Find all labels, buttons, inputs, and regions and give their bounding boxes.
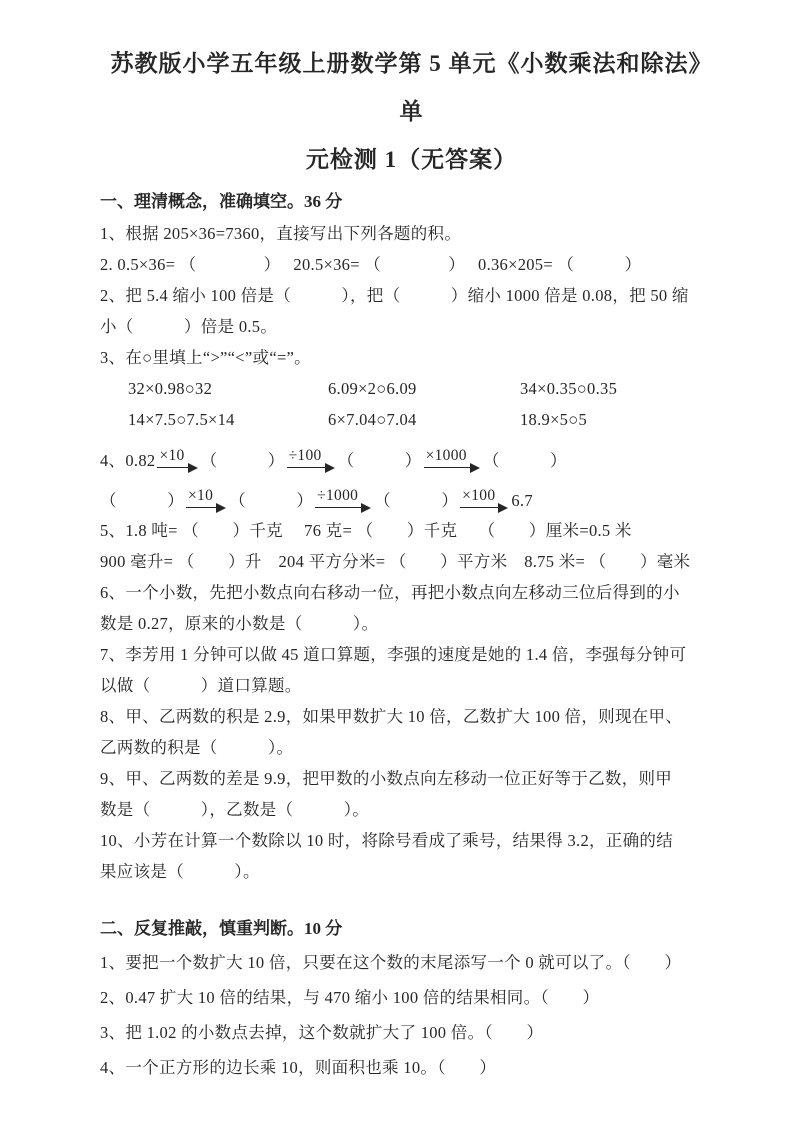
- q4-end-value: 6.7: [511, 491, 533, 511]
- q7-line1: 7、李芳用 1 分钟可以做 45 道口算题，李强的速度是她的 1.4 倍，李强每…: [100, 639, 723, 670]
- judge-item-2: 2、0.47 扩大 10 倍的结果，与 470 缩小 100 倍的结果相同。（ …: [100, 980, 723, 1015]
- judge-item-1: 1、要把一个数扩大 10 倍，只要在这个数的末尾添写一个 0 就可以了。（ ）: [100, 945, 723, 980]
- compare-item: 6×7.04○7.04: [328, 404, 520, 435]
- q3-compare-row-2: 14×7.5○7.5×14 6×7.04○7.04 18.9×5○5: [100, 404, 723, 435]
- page-title: 苏教版小学五年级上册数学第 5 单元《小数乘法和除法》单 元检测 1（无答案）: [100, 40, 723, 184]
- multiply-arrow: ×1000: [424, 451, 477, 474]
- q8-line1: 8、甲、乙两数的积是 2.9，如果甲数扩大 10 倍，乙数扩大 100 倍，则现…: [100, 701, 723, 732]
- judge-item-4: 4、一个正方形的边长乘 10，则面积也乘 10。（ ）: [100, 1050, 723, 1085]
- answer-blank: （ ）: [100, 487, 184, 511]
- compare-item: 14×7.5○7.5×14: [128, 404, 328, 435]
- arrow-label: ×10: [157, 447, 194, 468]
- answer-blank: （ ）: [201, 447, 285, 471]
- q9-line2: 数是（ ），乙数是（ ）。: [100, 794, 723, 825]
- q6-line2: 数是 0.27，原来的小数是（ ）。: [100, 608, 723, 639]
- section-fill-in-blanks: 一、理清概念，准确填空。36 分 1、根据 205×36=7360，直接写出下列…: [100, 186, 723, 887]
- answer-blank: （ ）: [483, 447, 567, 471]
- arrow-label: ×10: [186, 487, 223, 508]
- worksheet-page: 苏教版小学五年级上册数学第 5 单元《小数乘法和除法》单 元检测 1（无答案） …: [0, 0, 793, 1122]
- section-true-false: 二、反复推敲，慎重判断。10 分 1、要把一个数扩大 10 倍，只要在这个数的末…: [100, 913, 723, 1085]
- section2-heading: 二、反复推敲，慎重判断。10 分: [100, 913, 723, 945]
- q2-line1: 2、把 5.4 缩小 100 倍是（ ），把（ ）缩小 1000 倍是 0.08…: [100, 280, 723, 311]
- divide-arrow: ÷1000: [315, 491, 368, 514]
- q1-blanks-line: 2. 0.5×36= （ ） 20.5×36= （ ） 0.36×205= （ …: [100, 249, 723, 280]
- arrow-label: ×100: [460, 487, 505, 508]
- compare-item: 18.9×5○5: [520, 404, 587, 435]
- compare-item: 34×0.35○0.35: [520, 373, 617, 404]
- answer-blank: （ ）: [374, 487, 458, 511]
- answer-blank: （ ）: [229, 487, 313, 511]
- q7-line2: 以做（ ）道口算题。: [100, 670, 723, 701]
- multiply-arrow: ×100: [460, 491, 505, 514]
- judge-item-3: 3、把 1.02 的小数点去掉，这个数就扩大了 100 倍。（ ）: [100, 1015, 723, 1050]
- q1-instruction: 1、根据 205×36=7360，直接写出下列各题的积。: [100, 218, 723, 249]
- divide-arrow: ÷100: [287, 451, 332, 474]
- arrow-label: ÷100: [287, 447, 332, 468]
- q3-instruction: 3、在○里填上“>”“<”或“=”。: [100, 342, 723, 373]
- q4-start-value: 4、0.82: [100, 447, 155, 471]
- q2-line2: 小（ ）倍是 0.5。: [100, 311, 723, 342]
- compare-item: 32×0.98○32: [128, 373, 328, 404]
- q5-line2: 900 毫升= （ ）升 204 平方分米= （ ）平方米 8.75 米= （ …: [100, 546, 723, 577]
- q4-chain-row-2: （ ） ×10 （ ） ÷1000 （ ） ×100 6.7: [100, 475, 723, 515]
- q8-line2: 乙两数的积是（ ）。: [100, 732, 723, 763]
- q10-line1: 10、小芳在计算一个数除以 10 时，将除号看成了乘号，结果得 3.2，正确的结: [100, 825, 723, 856]
- compare-item: 6.09×2○6.09: [328, 373, 520, 404]
- q6-line1: 6、一个小数，先把小数点向右移动一位，再把小数点向左移动三位后得到的小: [100, 577, 723, 608]
- q9-line1: 9、甲、乙两数的差是 9.9，把甲数的小数点向左移动一位正好等于乙数，则甲: [100, 763, 723, 794]
- arrow-label: ×1000: [424, 447, 477, 468]
- q5-line1: 5、1.8 吨= （ ）千克 76 克= （ ）千克 （ ）厘米=0.5 米: [100, 515, 723, 546]
- q10-line2: 果应该是（ ）。: [100, 856, 723, 887]
- multiply-arrow: ×10: [157, 451, 194, 474]
- arrow-label: ÷1000: [315, 487, 368, 508]
- answer-blank: （ ）: [338, 447, 422, 471]
- q4-chain-row-1: 4、0.82 ×10 （ ） ÷100 （ ） ×1000 （ ）: [100, 435, 723, 475]
- q3-compare-row-1: 32×0.98○32 6.09×2○6.09 34×0.35○0.35: [100, 373, 723, 404]
- multiply-arrow: ×10: [186, 491, 223, 514]
- section1-heading: 一、理清概念，准确填空。36 分: [100, 186, 723, 218]
